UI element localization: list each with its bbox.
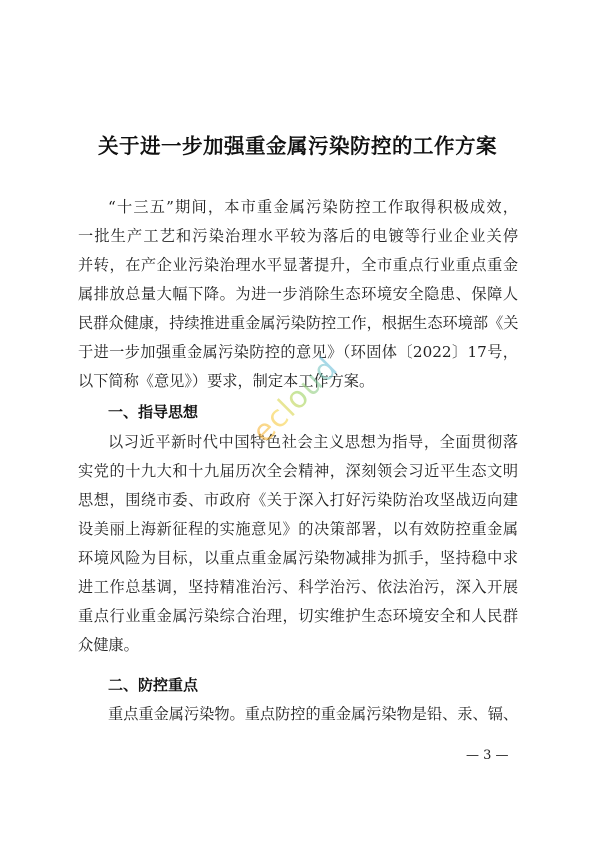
intro-line: 并转，在产企业污染治理水平显著提升，全市重点行业重点重金 [78, 255, 518, 275]
section1-line: 众健康。 [78, 635, 518, 655]
section1-line: 设美丽上海新征程的实施意见》的决策部署，以有效防控重金属 [78, 519, 518, 539]
section2-line: 重点重金属污染物。重点防控的重金属污染物是铅、汞、镉、 [108, 704, 518, 724]
section1-line: 以习近平新时代中国特色社会主义思想为指导，全面贯彻落 [108, 432, 518, 452]
intro-line: 属排放总量大幅下降。为进一步消除生态环境安全隐患、保障人 [78, 284, 518, 304]
page-number: — 3 — [466, 748, 509, 763]
section1-line: 环境风险为目标，以重点重金属污染物减排为抓手，坚持稳中求 [78, 548, 518, 568]
intro-line: 于进一步加强重金属污染防控的意见》（环固体〔2022〕17号， [78, 342, 518, 362]
section-heading-guiding-ideology: 一、指导思想 [108, 402, 198, 422]
intro-line: 一批生产工艺和污染治理水平较为落后的电镀等行业企业关停 [78, 226, 518, 246]
section-heading-control-focus: 二、防控重点 [108, 675, 198, 695]
section1-line: 实党的十九大和十九届历次全会精神，深刻领会习近平生态文明 [78, 461, 518, 481]
section1-line: 重点行业重金属污染综合治理，切实维护生态环境安全和人民群 [78, 606, 518, 626]
intro-line: 民群众健康，持续推进重金属污染防控工作，根据生态环境部《关 [78, 313, 518, 333]
section1-line: 进工作总基调，坚持精准治污、科学治污、依法治污，深入开展 [78, 577, 518, 597]
document-title: 关于进一步加强重金属污染防控的工作方案 [0, 129, 595, 159]
section1-line: 思想，围绕市委、市政府《关于深入打好污染防治攻坚战迈向建 [78, 490, 518, 510]
intro-line: “十三五”期间，本市重金属污染防控工作取得积极成效， [108, 197, 518, 217]
